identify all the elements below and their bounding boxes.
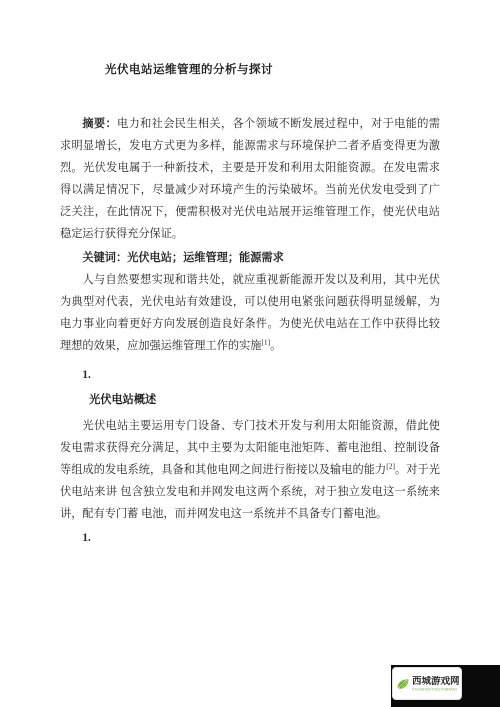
watermark-card: 西城游戏网 XICHENGYOUXIWANG — [392, 667, 462, 700]
abstract-label: 摘要： — [82, 118, 117, 130]
abstract-text: 电力和社会民生相关，各个领域不断发展过程中，对于电能的需求明显增长，发电方式更为… — [60, 118, 440, 240]
list-marker-1: 1. — [60, 364, 440, 386]
section-text: 光伏电站主要运用专门设备、专门技术开发与利用太阳能资源，借此使发电需求获得充分满… — [60, 420, 440, 476]
document-title: 光伏电站运维管理的分析与探讨 — [105, 62, 440, 78]
citation-ref-1: [1] — [261, 337, 270, 346]
intro-text: 人与自然要想实现和谐共处，就应重视新能源开发以及利用，其中光伏为典型对代表，光伏… — [60, 274, 440, 352]
watermark-text-block: 西城游戏网 XICHENGYOUXIWANG — [412, 676, 459, 692]
section-heading-overview: 光伏电站概述 — [60, 389, 440, 411]
watermark: 西城游戏网 XICHENGYOUXIWANG — [391, 665, 500, 707]
watermark-site-name: 西城游戏网 — [412, 676, 459, 687]
section-paragraph: 光伏电站主要运用专门设备、专门技术开发与利用太阳能资源，借此使发电需求获得充分满… — [60, 415, 440, 525]
citation-ref-2: [2] — [386, 461, 395, 470]
intro-paragraph: 人与自然要想实现和谐共处，就应重视新能源开发以及利用，其中光伏为典型对代表，光伏… — [60, 269, 440, 357]
list-marker-2: 1. — [60, 527, 440, 549]
article-page: 光伏电站运维管理的分析与探讨 摘要：电力和社会民生相关，各个领域不断发展过程中，… — [60, 62, 440, 549]
abstract-paragraph: 摘要：电力和社会民生相关，各个领域不断发展过程中，对于电能的需求明显增长，发电方… — [60, 113, 440, 245]
keywords-label: 关键词： — [82, 252, 127, 264]
keywords-text: 光伏电站；运维管理；能源需求 — [127, 252, 284, 264]
watermark-caption: XICHENGYOUXIWANG — [412, 687, 455, 692]
leaf-logo-icon — [396, 677, 410, 691]
keywords-line: 关键词：光伏电站；运维管理；能源需求 — [60, 247, 440, 269]
intro-tail: 。 — [270, 340, 281, 352]
